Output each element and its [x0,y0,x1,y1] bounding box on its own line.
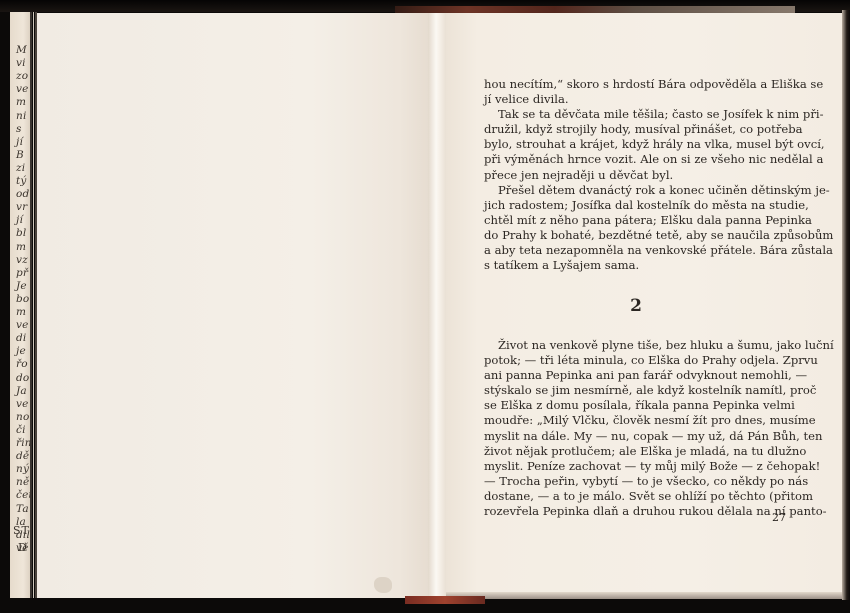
paragraph-2: Tak se ta děvčata mile těšila; často se … [484,107,788,182]
text-line: hou necítím,“ skoro s hrdostí Bára odpov… [484,77,788,92]
right-page-edge [842,10,850,600]
chapter-number: 2 [626,296,646,316]
text-line: rozevřela Pepinka dlaň a druhou rukou dě… [484,504,788,519]
previous-page-caps: D [18,541,28,554]
text-line: bylo, strouhat a krájet, když hrály na v… [484,137,788,152]
previous-page-fragment: m [16,306,26,318]
text-line: moudře: „Milý Vlčku, člověk nesmí žít pr… [484,413,788,428]
text-line: chtěl mít z něho pana pátera; Elšku dala… [484,213,788,228]
previous-page-fragment: dě [16,450,29,462]
previous-page-fragment: vi [16,57,26,69]
text-line: Tak se ta děvčata mile těšila; často se … [484,107,788,122]
previous-page-fragment: s [16,123,22,135]
previous-page-fragment: či [16,424,26,436]
previous-page-fragment: B [16,149,24,161]
text-line: Život na venkově plyne tiše, bez hluku a… [484,338,788,353]
text-line: stýskalo se jim nesmírně, ale když koste… [484,383,788,398]
page-edge-line [30,12,32,598]
previous-page-fragment: jí [16,214,23,226]
chapter-paragraph: Život na venkově plyne tiše, bez hluku a… [484,338,788,519]
page-number: 27 [772,511,786,524]
text-line: ani panna Pepinka ani pan farář odvyknou… [484,368,788,383]
previous-page-fragment: ve [16,319,29,331]
text-line: myslit na dále. My — nu, copak — my už, … [484,429,788,444]
previous-page-fragment: bo [16,293,29,305]
previous-page-fragment: m [16,96,26,108]
previous-page-fragment: bl [16,227,26,239]
previous-page-fragment: zi [16,162,25,174]
left-blank-page [37,13,430,598]
previous-page-fragment: je [16,345,26,357]
previous-page-fragment: ni [16,110,27,122]
binding-cloth-bottom [405,596,485,604]
book-spread-scan: MvizovemnisjíBzitýodvrjíblmvzpřJebomvedi… [0,0,850,613]
paper-stain [374,577,392,593]
book-gutter [428,13,446,598]
previous-page-fragment: m [16,241,26,253]
previous-page-fragment: Je [16,280,27,292]
previous-page-caps: ST [13,524,30,537]
text-line: družil, když strojily hody, musíval přin… [484,122,788,137]
previous-page-fragment: ve [16,398,29,410]
text-line: se Elška z domu posílala, říkala panna P… [484,398,788,413]
previous-page-fragment: Ja [16,385,27,397]
text-line: — Trocha peřin, vybytí — to je všecko, c… [484,474,788,489]
text-line: život nějak protlučem; ale Elška je mlad… [484,444,788,459]
previous-page-fragment: od [16,188,29,200]
previous-page-fragment: př [16,267,28,279]
previous-page-fragment: ně [16,476,29,488]
previous-page-fragment: jí [16,136,23,148]
paragraph-1: hou necítím,“ skoro s hrdostí Bára odpov… [484,77,788,107]
text-line: do Prahy k bohaté, bezdětné tetě, aby se… [484,228,788,243]
text-line: myslit. Peníze zachovat — ty můj milý Bo… [484,459,788,474]
text-line: Přešel dětem dvanáctý rok a konec učiněn… [484,183,788,198]
previous-page-fragment: di [16,332,26,344]
bottom-page-edge [446,592,842,599]
previous-page-fragment: zo [16,70,28,82]
previous-page-fragment: ný [16,463,29,475]
text-line: potok; — tři léta minula, co Elška do Pr… [484,353,788,368]
text-block-top: hou necítím,“ skoro s hrdostí Bára odpov… [484,77,788,273]
previous-page-fragment: no [16,411,29,423]
previous-page-fragment: Ta [16,503,29,515]
previous-page-fragment: tý [16,175,27,187]
previous-page-fragment: do [16,372,29,384]
previous-page-fragment: vz [16,254,28,266]
previous-page-fragment: vr [16,201,27,213]
previous-page-strip: MvizovemnisjíBzitýodvrjíblmvzpřJebomvedi… [10,12,32,598]
text-line: a aby teta nezapomněla na venkovské přát… [484,243,788,258]
text-line: jich radostem; Josífka dal kostelník do … [484,198,788,213]
previous-page-fragment: M [16,44,27,56]
text-line: dostane, — a to je málo. Svět se ohlíží … [484,489,788,504]
text-line: s tatíkem a Lyšajem sama. [484,258,788,273]
text-line: při výměnách hrnce vozit. Ale on si ze v… [484,152,788,167]
page-edge-line [33,12,34,598]
text-line: přece jen nejraději u děvčat byl. [484,168,788,183]
previous-page-fragment: řo [16,358,28,370]
previous-page-fragment: ve [16,83,29,95]
paragraph-3: Přešel dětem dvanáctý rok a konec učiněn… [484,183,788,274]
text-line: jí velice divila. [484,92,788,107]
